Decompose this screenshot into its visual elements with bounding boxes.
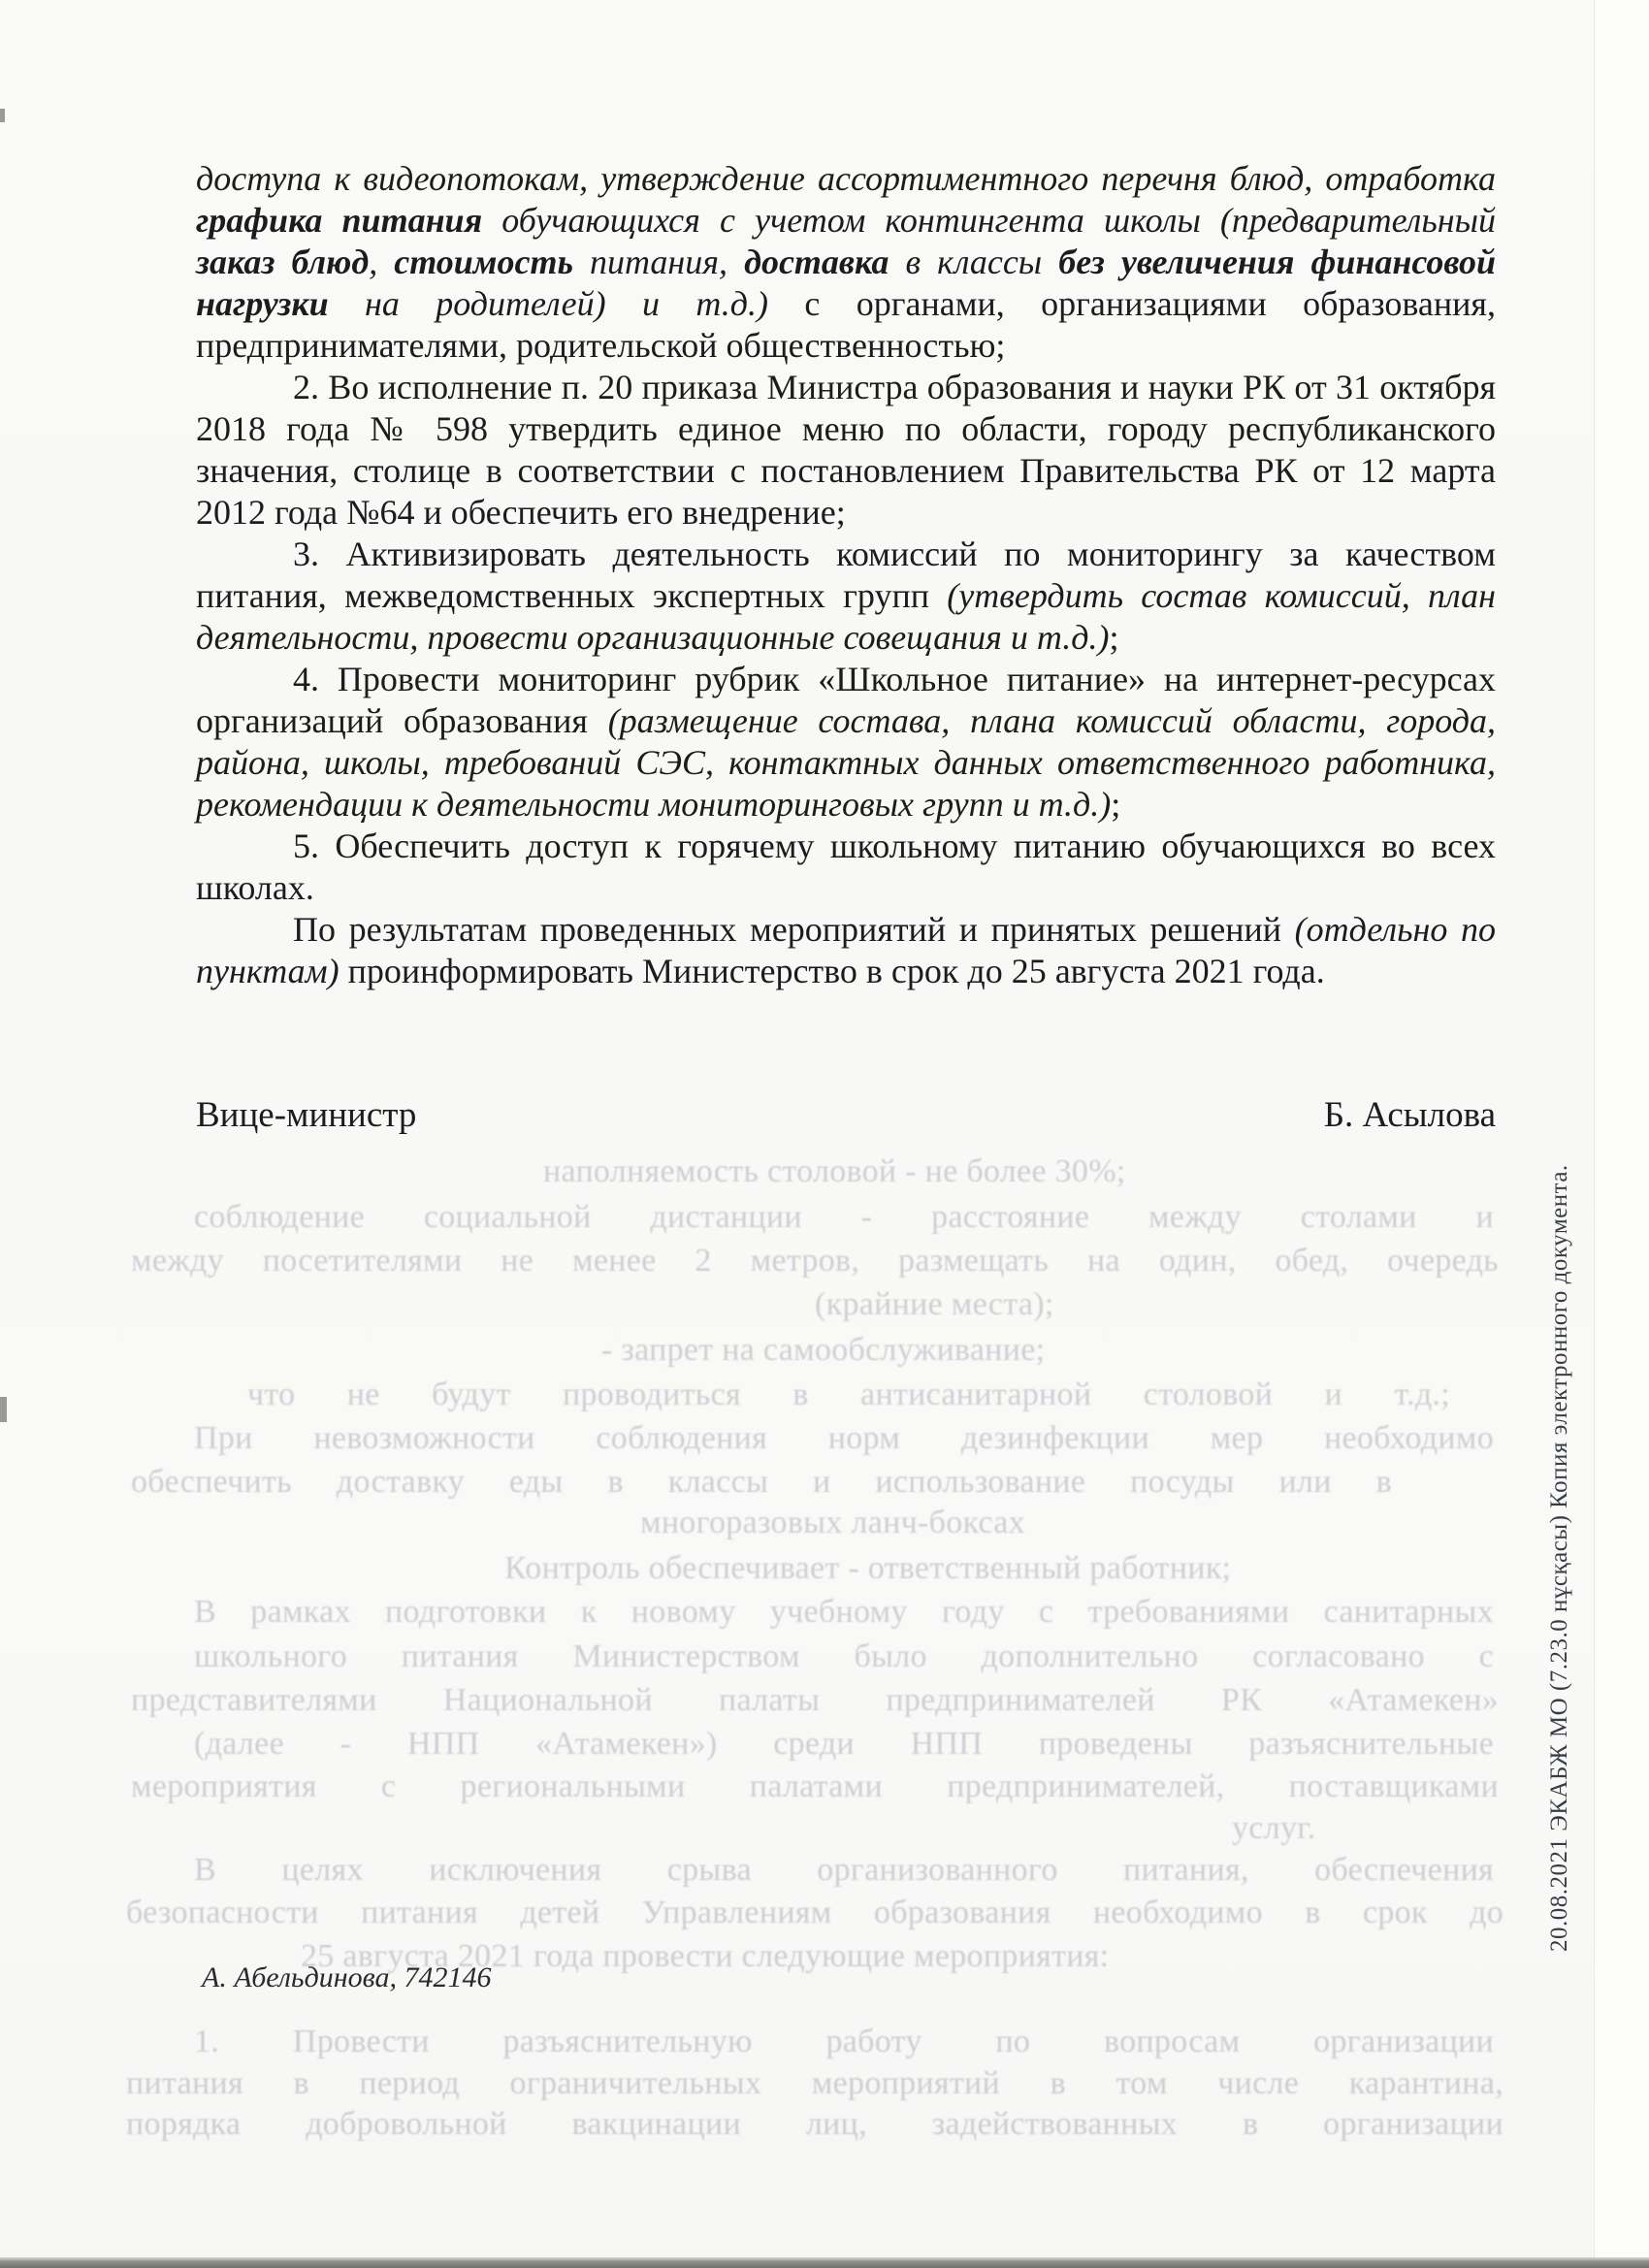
text-segment: на родителей) и т.д.) <box>329 284 768 323</box>
text-segment: доступа к видеопотокам, утверждение ассо… <box>196 159 1496 198</box>
text-segment: доставка <box>744 243 889 281</box>
text-segment: 2. Во исполнение п. 20 приказа Министра … <box>196 368 1496 532</box>
scan-edge-band <box>1594 0 1649 2268</box>
text-segment: ; <box>1109 618 1118 657</box>
paragraph: По результатам проведенных мероприятий и… <box>196 909 1496 992</box>
executor-note: А. Абельдинова, 742146 <box>202 1961 491 1994</box>
paragraph: доступа к видеопотокам, утверждение ассо… <box>196 158 1496 367</box>
scan-speck <box>0 1397 7 1422</box>
text-segment: заказ блюд <box>196 243 369 281</box>
paragraph: 3. Активизировать деятельность комиссий … <box>196 534 1496 659</box>
text-segment: 5. Обеспечить доступ к горячему школьном… <box>196 826 1496 907</box>
paragraph: 4. Провести мониторинг рубрик «Школьное … <box>196 659 1496 826</box>
document-body-text: доступа к видеопотокам, утверждение ассо… <box>196 158 1496 992</box>
text-segment: , <box>369 243 394 281</box>
text-segment: стоимость <box>394 243 573 281</box>
signature-block: Вице-министр Б. Асылова <box>196 1094 1496 1136</box>
edocument-copy-stamp: 20.08.2021 ЭКАБЖ МО (7.23.0 нұсқасы) Коп… <box>1546 1282 1585 1952</box>
text-segment: По результатам проведенных мероприятий и… <box>293 910 1295 949</box>
scan-bottom-edge <box>0 2257 1649 2268</box>
paragraph: 2. Во исполнение п. 20 приказа Министра … <box>196 367 1496 534</box>
text-segment: проинформировать Министерство в срок до … <box>339 952 1325 990</box>
paragraph: 5. Обеспечить доступ к горячему школьном… <box>196 826 1496 909</box>
text-segment: ; <box>1111 785 1120 824</box>
text-segment: питания, <box>573 243 744 281</box>
text-segment: в классы <box>889 243 1058 281</box>
text-segment: обучающихся с учетом контингента школы (… <box>482 201 1496 240</box>
signatory-title: Вице-министр <box>196 1094 416 1136</box>
scan-speck <box>0 109 5 122</box>
text-segment: графика питания <box>196 201 482 240</box>
signatory-name: Б. Асылова <box>1324 1094 1496 1136</box>
